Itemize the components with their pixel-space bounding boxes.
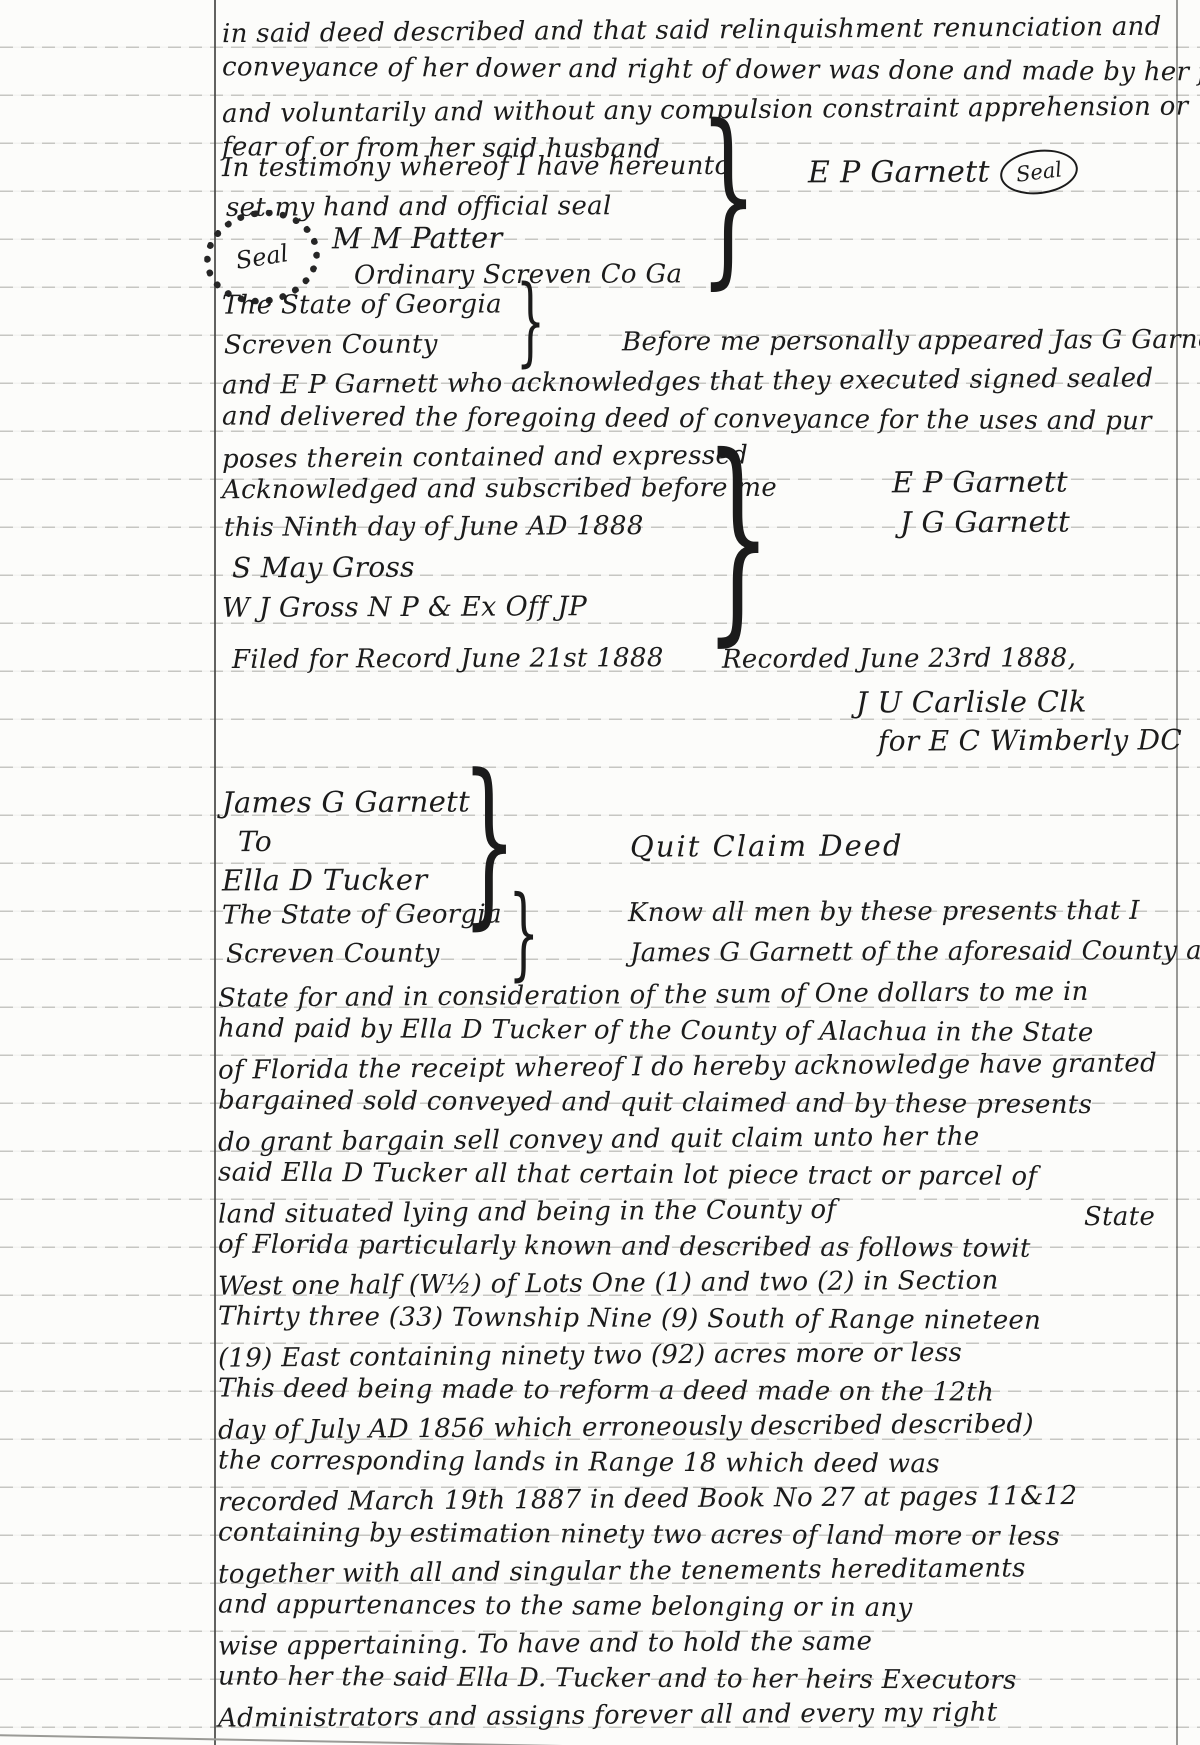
- deed-lead-in: James G Garnett of the aforesaid County …: [630, 938, 1200, 967]
- manuscript-line: This deed being made to reform a deed ma…: [218, 1371, 1157, 1412]
- curly-brace: }: [699, 122, 757, 270]
- curly-brace: }: [704, 452, 771, 624]
- county-caption: Screven County: [226, 941, 440, 968]
- county-caption: Screven County: [224, 332, 438, 359]
- manuscript-line: Thirty three (33) Township Nine (9) Sout…: [218, 1299, 1157, 1340]
- signature-jg-garnett: J G Garnett: [900, 508, 1070, 538]
- filed-date: Filed for Record June 21st 1888: [232, 645, 664, 673]
- manuscript-line: unto her the said Ella D. Tucker and to …: [218, 1659, 1157, 1700]
- manuscript-line: in said deed described and that said rel…: [222, 6, 1200, 54]
- instrument-title: Quit Claim Deed: [630, 831, 904, 861]
- manuscript-line: and E P Garnett who acknowledges that th…: [222, 360, 1154, 404]
- manuscript-line: and delivered the foregoing deed of conv…: [222, 399, 1154, 441]
- deed-body-paragraph: State for and in consideration of the su…: [218, 977, 1157, 1733]
- manuscript-line: Administrators and assigns forever all a…: [218, 1693, 1157, 1736]
- manuscript-line: recorded March 19th 1887 in deed Book No…: [218, 1477, 1157, 1520]
- seal-label: Seal: [1015, 157, 1064, 186]
- curly-brace: }: [516, 284, 545, 359]
- signature-ep-garnett: E P Garnett: [808, 158, 990, 189]
- signature-clerk: J U Carlisle Clk: [856, 687, 1087, 717]
- seal-stamp-label: Seal: [234, 239, 290, 275]
- signature-ordinary: M M Patter: [332, 224, 503, 254]
- deed-lead-in: Know all men by these presents that I: [628, 898, 1140, 926]
- state-caption: The State of Georgia: [222, 901, 502, 928]
- page-bottom-edge: [0, 1734, 750, 1745]
- signature-ep-garnett: E P Garnett: [892, 468, 1068, 498]
- grantee-name: Ella D Tucker: [222, 866, 428, 896]
- manuscript-line: containing by estimation ninety two acre…: [218, 1515, 1157, 1556]
- manuscript-line: of Florida particularly known and descri…: [218, 1227, 1157, 1268]
- curly-brace: }: [509, 894, 540, 972]
- manuscript-line: bargained sold conveyed and quit claimed…: [218, 1083, 1157, 1124]
- manuscript-line: State for and in consideration of the su…: [218, 973, 1157, 1016]
- manuscript-line: the corresponding lands in Range 18 whic…: [218, 1443, 1157, 1484]
- acknowledgment-lead-in: Before me personally appeared Jas G Garn…: [622, 327, 1200, 356]
- manuscript-line: of Florida the receipt whereof I do here…: [218, 1045, 1157, 1088]
- grantor-name: James G Garnett: [222, 787, 470, 817]
- deed-record-page: in said deed described and that said rel…: [0, 0, 1200, 1745]
- jurat-line: this Ninth day of June AD 1888: [224, 513, 644, 541]
- scanned-deed-page: { "palette": { "ink": "#1b1b1b", "paper"…: [0, 0, 1200, 1745]
- manuscript-line: said Ella D Tucker all that certain lot …: [218, 1155, 1157, 1196]
- manuscript-line: together with all and singular the tenem…: [218, 1549, 1157, 1592]
- signature-notary: W J Gross N P & Ex Off JP: [222, 593, 587, 622]
- recorded-date: Recorded June 23rd 1888,: [722, 645, 1076, 673]
- manuscript-line: land situated lying and being in the Cou…: [218, 1189, 1157, 1232]
- state-caption: The State of Georgia: [222, 291, 502, 318]
- manuscript-line: wise appertaining. To have and to hold t…: [218, 1621, 1157, 1664]
- margin-word-state: State: [1084, 1204, 1155, 1230]
- manuscript-line: and appurtenances to the same belonging …: [218, 1587, 1157, 1628]
- signature-deputy-clerk: for E C Wimberly DC: [878, 726, 1182, 755]
- manuscript-line: hand paid by Ella D Tucker of the County…: [218, 1011, 1157, 1052]
- signature-witness: S May Gross: [232, 554, 415, 583]
- jurat-line: Acknowledged and subscribed before me: [222, 475, 777, 503]
- manuscript-line: do grant bargain sell convey and quit cl…: [218, 1117, 1157, 1160]
- acknowledgment-paragraph: and E P Garnett who acknowledges that th…: [222, 364, 1153, 475]
- filing-note: Filed for Record June 21st 1888 Recorded…: [232, 646, 1076, 672]
- manuscript-line: (19) East containing ninety two (92) acr…: [218, 1333, 1157, 1376]
- to-label: To: [238, 828, 272, 856]
- manuscript-line: West one half (W½) of Lots One (1) and t…: [218, 1261, 1157, 1304]
- testimony-line: In testimony whereof I have hereunto: [222, 153, 731, 181]
- manuscript-line: day of July AD 1856 which erroneously de…: [218, 1405, 1157, 1448]
- right-margin-rule: [1176, 0, 1178, 1745]
